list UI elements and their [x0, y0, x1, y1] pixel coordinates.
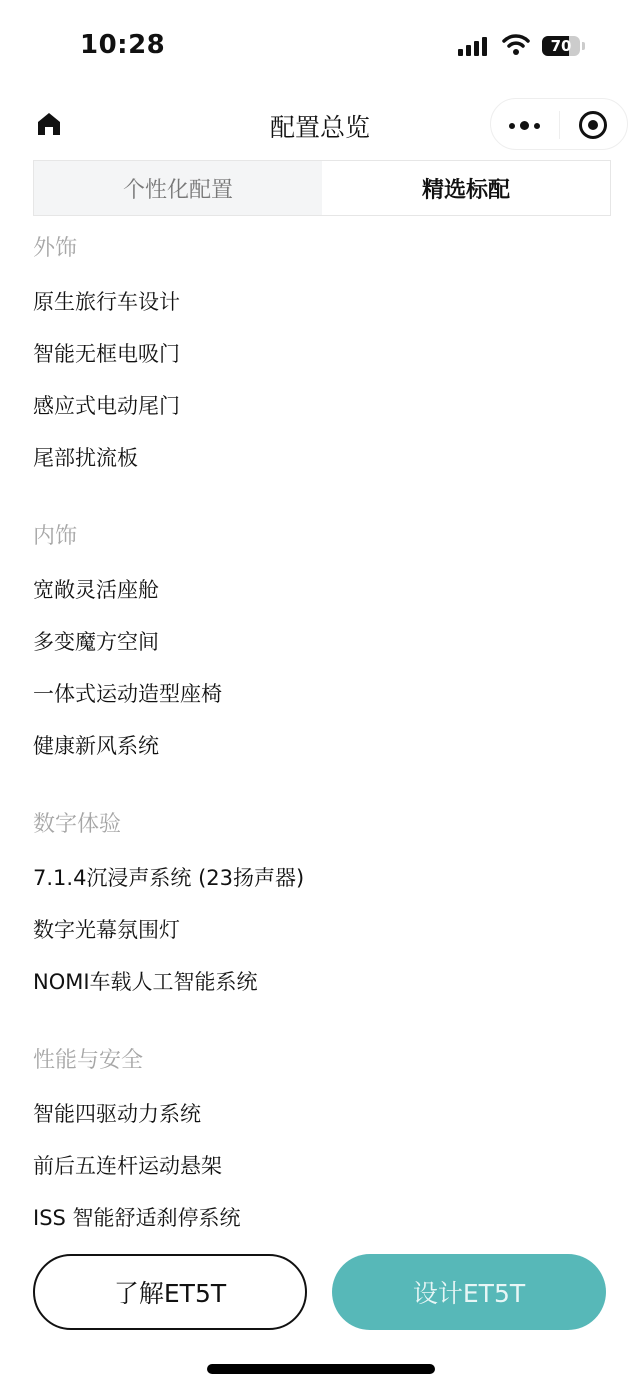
status-bar: 10:28 70: [0, 0, 640, 90]
list-item: ISS 智能舒适刹停系统: [33, 1192, 640, 1244]
more-icon[interactable]: [509, 121, 540, 130]
list-item: 多变魔方空间: [33, 616, 640, 668]
status-time: 10:28: [80, 30, 165, 60]
list-item: 7.1.4沉浸声系统 (23扬声器): [33, 852, 640, 904]
close-target-icon[interactable]: [579, 111, 607, 139]
section-title: 性能与安全: [33, 1034, 640, 1088]
section-title: 数字体验: [33, 798, 640, 852]
list-item: 一体式运动造型座椅: [33, 668, 640, 720]
battery-level: 70: [542, 36, 580, 56]
section-title: 内饰: [33, 510, 640, 564]
config-list: 外饰 原生旅行车设计 智能无框电吸门 感应式电动尾门 尾部扰流板 内饰 宽敞灵活…: [33, 222, 640, 1270]
list-item: 数字光幕氛围灯: [33, 904, 640, 956]
tab-personalized[interactable]: 个性化配置: [34, 161, 322, 215]
home-indicator: [207, 1364, 435, 1374]
list-item: 智能四驱动力系统: [33, 1088, 640, 1140]
list-item: 原生旅行车设计: [33, 276, 640, 328]
list-item: 健康新风系统: [33, 720, 640, 772]
list-item: 尾部扰流板: [33, 432, 640, 484]
section-interior: 内饰 宽敞灵活座舱 多变魔方空间 一体式运动造型座椅 健康新风系统: [33, 510, 640, 772]
list-item: 智能无框电吸门: [33, 328, 640, 380]
section-performance: 性能与安全 智能四驱动力系统 前后五连杆运动悬架 ISS 智能舒适刹停系统: [33, 1034, 640, 1244]
cellular-signal-icon: [458, 36, 487, 56]
section-digital: 数字体验 7.1.4沉浸声系统 (23扬声器) 数字光幕氛围灯 NOMI车载人工…: [33, 798, 640, 1008]
section-exterior: 外饰 原生旅行车设计 智能无框电吸门 感应式电动尾门 尾部扰流板: [33, 222, 640, 484]
tab-standard[interactable]: 精选标配: [322, 161, 610, 215]
nav-bar: 配置总览: [0, 96, 640, 152]
section-title: 外饰: [33, 222, 640, 276]
mini-program-capsule: [490, 98, 628, 150]
list-item: 宽敞灵活座舱: [33, 564, 640, 616]
tab-bar: 个性化配置 精选标配: [33, 160, 611, 216]
capsule-divider: [559, 111, 560, 139]
battery-cap: [582, 42, 585, 50]
wifi-icon: [502, 32, 530, 56]
battery-icon: 70: [542, 36, 580, 56]
list-item: 感应式电动尾门: [33, 380, 640, 432]
list-item: NOMI车载人工智能系统: [33, 956, 640, 1008]
list-item: 前后五连杆运动悬架: [33, 1140, 640, 1192]
learn-button[interactable]: 了解ET5T: [33, 1254, 307, 1330]
design-button[interactable]: 设计ET5T: [332, 1254, 606, 1330]
